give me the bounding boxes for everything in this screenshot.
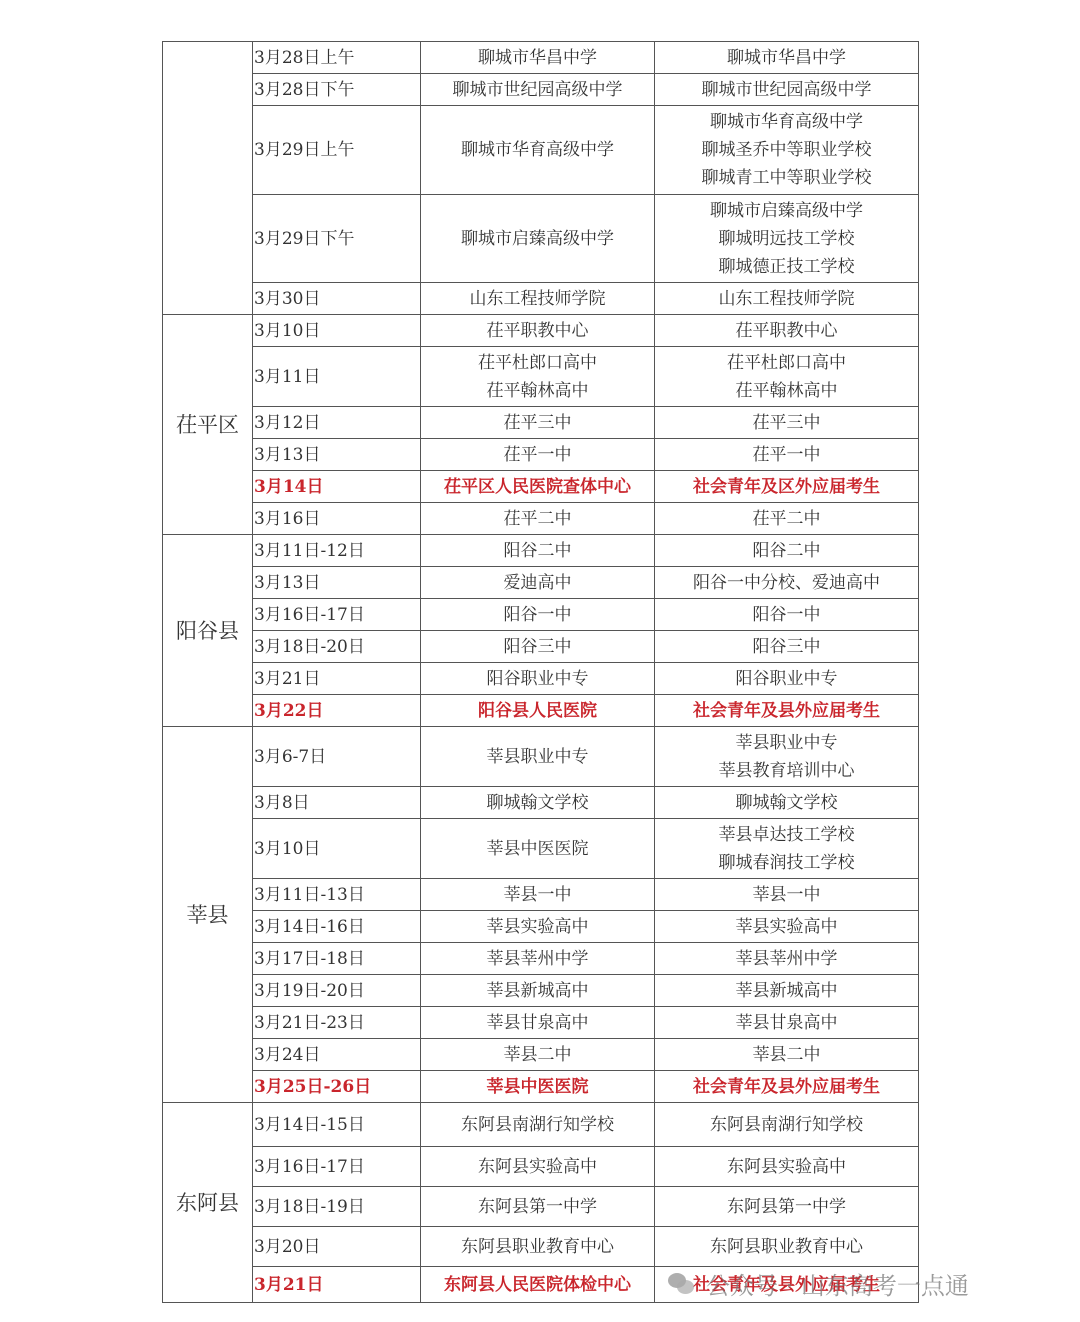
district-cell: 东阿县 bbox=[163, 1103, 253, 1303]
exam-location-cell: 阳谷三中 bbox=[421, 631, 655, 663]
exam-location-cell: 东阿县人民医院体检中心 bbox=[421, 1267, 655, 1303]
table-row: 3月25日-26日莘县中医医院社会青年及县外应届考生 bbox=[163, 1071, 919, 1103]
location-line: 茌平职教中心 bbox=[421, 317, 654, 345]
target-line: 茌平职教中心 bbox=[655, 317, 918, 345]
table-row: 3月12日茌平三中茌平三中 bbox=[163, 407, 919, 439]
target-group-cell: 东阿县第一中学 bbox=[655, 1187, 919, 1227]
target-line: 东阿县职业教育中心 bbox=[655, 1233, 918, 1261]
date-cell: 3月18日-19日 bbox=[253, 1187, 421, 1227]
table-row: 东阿县3月14日-15日东阿县南湖行知学校东阿县南湖行知学校 bbox=[163, 1103, 919, 1147]
table-row: 3月28日下午聊城市世纪园高级中学聊城市世纪园高级中学 bbox=[163, 74, 919, 106]
exam-location-cell: 莘县莘州中学 bbox=[421, 943, 655, 975]
target-group-cell: 茌平一中 bbox=[655, 439, 919, 471]
location-line: 聊城市启臻高级中学 bbox=[421, 225, 654, 253]
target-line: 阳谷一中 bbox=[655, 601, 918, 629]
exam-location-cell: 茌平杜郎口高中茌平翰林高中 bbox=[421, 347, 655, 407]
exam-location-cell: 莘县实验高中 bbox=[421, 911, 655, 943]
target-group-cell: 社会青年及县外应届考生 bbox=[655, 1071, 919, 1103]
date-cell: 3月11日-12日 bbox=[253, 535, 421, 567]
table-row: 3月13日爱迪高中阳谷一中分校、爱迪高中 bbox=[163, 567, 919, 599]
watermark-text: 公众号 · 山东高考一点通 bbox=[706, 1266, 969, 1301]
target-group-cell: 莘县职业中专莘县教育培训中心 bbox=[655, 727, 919, 787]
location-line: 莘县中医医院 bbox=[421, 835, 654, 863]
exam-location-cell: 茌平二中 bbox=[421, 503, 655, 535]
district-cell: 阳谷县 bbox=[163, 535, 253, 727]
target-group-cell: 莘县一中 bbox=[655, 879, 919, 911]
exam-location-cell: 聊城市世纪园高级中学 bbox=[421, 74, 655, 106]
target-line: 莘县一中 bbox=[655, 881, 918, 909]
date-cell: 3月14日 bbox=[253, 471, 421, 503]
target-group-cell: 茌平二中 bbox=[655, 503, 919, 535]
date-cell: 3月11日 bbox=[253, 347, 421, 407]
date-cell: 3月16日 bbox=[253, 503, 421, 535]
date-cell: 3月16日-17日 bbox=[253, 1147, 421, 1187]
location-line: 茌平一中 bbox=[421, 441, 654, 469]
date-cell: 3月24日 bbox=[253, 1039, 421, 1071]
target-group-cell: 山东工程技师学院 bbox=[655, 283, 919, 315]
target-line: 聊城市华育高级中学 bbox=[655, 108, 918, 136]
target-line: 聊城市世纪园高级中学 bbox=[655, 76, 918, 104]
target-group-cell: 莘县卓达技工学校聊城春润技工学校 bbox=[655, 819, 919, 879]
table-row: 3月11日-13日莘县一中莘县一中 bbox=[163, 879, 919, 911]
exam-location-cell: 东阿县第一中学 bbox=[421, 1187, 655, 1227]
exam-location-cell: 阳谷职业中专 bbox=[421, 663, 655, 695]
target-group-cell: 茌平职教中心 bbox=[655, 315, 919, 347]
table-row: 3月22日阳谷县人民医院社会青年及县外应届考生 bbox=[163, 695, 919, 727]
exam-location-cell: 茌平区人民医院查体中心 bbox=[421, 471, 655, 503]
target-group-cell: 聊城市启臻高级中学聊城明远技工学校聊城德正技工学校 bbox=[655, 195, 919, 283]
target-line: 东阿县第一中学 bbox=[655, 1193, 918, 1221]
exam-location-cell: 爱迪高中 bbox=[421, 567, 655, 599]
target-group-cell: 莘县甘泉高中 bbox=[655, 1007, 919, 1039]
table-row: 莘县3月6-7日莘县职业中专莘县职业中专莘县教育培训中心 bbox=[163, 727, 919, 787]
location-line: 阳谷职业中专 bbox=[421, 665, 654, 693]
target-line: 茌平二中 bbox=[655, 505, 918, 533]
location-line: 阳谷县人民医院 bbox=[421, 697, 654, 725]
table-row: 3月14日茌平区人民医院查体中心社会青年及区外应届考生 bbox=[163, 471, 919, 503]
target-line: 阳谷三中 bbox=[655, 633, 918, 661]
target-line: 聊城翰文学校 bbox=[655, 789, 918, 817]
date-cell: 3月25日-26日 bbox=[253, 1071, 421, 1103]
district-cell bbox=[163, 42, 253, 315]
table-row: 3月30日山东工程技师学院山东工程技师学院 bbox=[163, 283, 919, 315]
exam-location-cell: 聊城市华育高级中学 bbox=[421, 106, 655, 195]
target-line: 聊城圣乔中等职业学校 bbox=[655, 136, 918, 164]
exam-location-cell: 东阿县实验高中 bbox=[421, 1147, 655, 1187]
target-line: 聊城德正技工学校 bbox=[655, 253, 918, 281]
target-line: 莘县新城高中 bbox=[655, 977, 918, 1005]
location-line: 莘县甘泉高中 bbox=[421, 1009, 654, 1037]
exam-location-cell: 山东工程技师学院 bbox=[421, 283, 655, 315]
target-group-cell: 茌平杜郎口高中茌平翰林高中 bbox=[655, 347, 919, 407]
target-line: 社会青年及区外应届考生 bbox=[655, 473, 918, 501]
exam-location-cell: 聊城翰文学校 bbox=[421, 787, 655, 819]
location-line: 莘县莘州中学 bbox=[421, 945, 654, 973]
location-line: 阳谷一中 bbox=[421, 601, 654, 629]
date-cell: 3月10日 bbox=[253, 819, 421, 879]
date-cell: 3月13日 bbox=[253, 567, 421, 599]
target-line: 社会青年及县外应届考生 bbox=[655, 1073, 918, 1101]
target-group-cell: 阳谷职业中专 bbox=[655, 663, 919, 695]
date-cell: 3月6-7日 bbox=[253, 727, 421, 787]
location-line: 阳谷二中 bbox=[421, 537, 654, 565]
date-cell: 3月22日 bbox=[253, 695, 421, 727]
location-line: 莘县二中 bbox=[421, 1041, 654, 1069]
target-group-cell: 聊城市华育高级中学聊城圣乔中等职业学校聊城青工中等职业学校 bbox=[655, 106, 919, 195]
target-line: 莘县职业中专 bbox=[655, 729, 918, 757]
target-line: 莘县实验高中 bbox=[655, 913, 918, 941]
date-cell: 3月10日 bbox=[253, 315, 421, 347]
exam-location-cell: 东阿县职业教育中心 bbox=[421, 1227, 655, 1267]
exam-location-cell: 聊城市华昌中学 bbox=[421, 42, 655, 74]
target-group-cell: 莘县新城高中 bbox=[655, 975, 919, 1007]
target-group-cell: 阳谷三中 bbox=[655, 631, 919, 663]
table-row: 3月20日东阿县职业教育中心东阿县职业教育中心 bbox=[163, 1227, 919, 1267]
target-group-cell: 莘县二中 bbox=[655, 1039, 919, 1071]
table-row: 3月8日聊城翰文学校聊城翰文学校 bbox=[163, 787, 919, 819]
table-row: 3月29日上午聊城市华育高级中学聊城市华育高级中学聊城圣乔中等职业学校聊城青工中… bbox=[163, 106, 919, 195]
schedule-body: 3月28日上午聊城市华昌中学聊城市华昌中学3月28日下午聊城市世纪园高级中学聊城… bbox=[163, 42, 919, 1303]
location-line: 莘县实验高中 bbox=[421, 913, 654, 941]
target-line: 社会青年及县外应届考生 bbox=[655, 697, 918, 725]
watermark: 公众号 · 山东高考一点通 bbox=[668, 1266, 969, 1301]
location-line: 阳谷三中 bbox=[421, 633, 654, 661]
target-group-cell: 东阿县实验高中 bbox=[655, 1147, 919, 1187]
table-row: 3月13日茌平一中茌平一中 bbox=[163, 439, 919, 471]
date-cell: 3月16日-17日 bbox=[253, 599, 421, 631]
table-row: 3月21日-23日莘县甘泉高中莘县甘泉高中 bbox=[163, 1007, 919, 1039]
exam-location-cell: 聊城市启臻高级中学 bbox=[421, 195, 655, 283]
target-line: 聊城春润技工学校 bbox=[655, 849, 918, 877]
target-group-cell: 社会青年及县外应届考生 bbox=[655, 695, 919, 727]
location-line: 聊城市华育高级中学 bbox=[421, 136, 654, 164]
target-line: 莘县二中 bbox=[655, 1041, 918, 1069]
target-group-cell: 聊城市华昌中学 bbox=[655, 42, 919, 74]
target-line: 聊城市华昌中学 bbox=[655, 44, 918, 72]
date-cell: 3月28日下午 bbox=[253, 74, 421, 106]
location-line: 聊城翰文学校 bbox=[421, 789, 654, 817]
table-row: 阳谷县3月11日-12日阳谷二中阳谷二中 bbox=[163, 535, 919, 567]
date-cell: 3月28日上午 bbox=[253, 42, 421, 74]
exam-location-cell: 阳谷二中 bbox=[421, 535, 655, 567]
location-line: 茌平二中 bbox=[421, 505, 654, 533]
location-line: 爱迪高中 bbox=[421, 569, 654, 597]
location-line: 莘县新城高中 bbox=[421, 977, 654, 1005]
date-cell: 3月20日 bbox=[253, 1227, 421, 1267]
location-line: 东阿县第一中学 bbox=[421, 1193, 654, 1221]
exam-location-cell: 茌平三中 bbox=[421, 407, 655, 439]
table-row: 3月17日-18日莘县莘州中学莘县莘州中学 bbox=[163, 943, 919, 975]
exam-location-cell: 茌平一中 bbox=[421, 439, 655, 471]
location-line: 茌平杜郎口高中 bbox=[421, 349, 654, 377]
exam-location-cell: 莘县一中 bbox=[421, 879, 655, 911]
target-line: 阳谷职业中专 bbox=[655, 665, 918, 693]
target-group-cell: 聊城翰文学校 bbox=[655, 787, 919, 819]
target-line: 东阿县南湖行知学校 bbox=[655, 1111, 918, 1139]
target-group-cell: 阳谷一中 bbox=[655, 599, 919, 631]
target-line: 莘县莘州中学 bbox=[655, 945, 918, 973]
exam-location-cell: 莘县二中 bbox=[421, 1039, 655, 1071]
date-cell: 3月18日-20日 bbox=[253, 631, 421, 663]
wechat-icon bbox=[668, 1273, 696, 1295]
target-line: 莘县教育培训中心 bbox=[655, 757, 918, 785]
target-group-cell: 聊城市世纪园高级中学 bbox=[655, 74, 919, 106]
target-group-cell: 东阿县南湖行知学校 bbox=[655, 1103, 919, 1147]
location-line: 东阿县人民医院体检中心 bbox=[421, 1271, 654, 1299]
date-cell: 3月12日 bbox=[253, 407, 421, 439]
table-row: 3月19日-20日莘县新城高中莘县新城高中 bbox=[163, 975, 919, 1007]
date-cell: 3月21日 bbox=[253, 1267, 421, 1303]
target-line: 莘县甘泉高中 bbox=[655, 1009, 918, 1037]
date-cell: 3月30日 bbox=[253, 283, 421, 315]
exam-location-cell: 阳谷一中 bbox=[421, 599, 655, 631]
location-line: 茌平区人民医院查体中心 bbox=[421, 473, 654, 501]
target-line: 聊城市启臻高级中学 bbox=[655, 197, 918, 225]
target-group-cell: 东阿县职业教育中心 bbox=[655, 1227, 919, 1267]
table-row: 3月18日-19日东阿县第一中学东阿县第一中学 bbox=[163, 1187, 919, 1227]
date-cell: 3月17日-18日 bbox=[253, 943, 421, 975]
exam-location-cell: 莘县甘泉高中 bbox=[421, 1007, 655, 1039]
exam-location-cell: 莘县新城高中 bbox=[421, 975, 655, 1007]
target-group-cell: 社会青年及区外应届考生 bbox=[655, 471, 919, 503]
target-line: 茌平翰林高中 bbox=[655, 377, 918, 405]
target-group-cell: 莘县实验高中 bbox=[655, 911, 919, 943]
table-row: 3月16日-17日阳谷一中阳谷一中 bbox=[163, 599, 919, 631]
location-line: 莘县一中 bbox=[421, 881, 654, 909]
target-group-cell: 阳谷一中分校、爱迪高中 bbox=[655, 567, 919, 599]
target-line: 阳谷二中 bbox=[655, 537, 918, 565]
table-row: 3月24日莘县二中莘县二中 bbox=[163, 1039, 919, 1071]
location-line: 东阿县实验高中 bbox=[421, 1153, 654, 1181]
exam-location-cell: 东阿县南湖行知学校 bbox=[421, 1103, 655, 1147]
location-line: 莘县职业中专 bbox=[421, 743, 654, 771]
target-line: 茌平杜郎口高中 bbox=[655, 349, 918, 377]
target-line: 东阿县实验高中 bbox=[655, 1153, 918, 1181]
location-line: 山东工程技师学院 bbox=[421, 285, 654, 313]
date-cell: 3月14日-15日 bbox=[253, 1103, 421, 1147]
target-line: 阳谷一中分校、爱迪高中 bbox=[655, 569, 918, 597]
district-cell: 莘县 bbox=[163, 727, 253, 1103]
exam-location-cell: 茌平职教中心 bbox=[421, 315, 655, 347]
table-row: 3月16日-17日东阿县实验高中东阿县实验高中 bbox=[163, 1147, 919, 1187]
location-line: 茌平翰林高中 bbox=[421, 377, 654, 405]
location-line: 东阿县职业教育中心 bbox=[421, 1233, 654, 1261]
table-row: 3月14日-16日莘县实验高中莘县实验高中 bbox=[163, 911, 919, 943]
table-row: 3月29日下午聊城市启臻高级中学聊城市启臻高级中学聊城明远技工学校聊城德正技工学… bbox=[163, 195, 919, 283]
date-cell: 3月14日-16日 bbox=[253, 911, 421, 943]
location-line: 聊城市华昌中学 bbox=[421, 44, 654, 72]
table-row: 3月21日阳谷职业中专阳谷职业中专 bbox=[163, 663, 919, 695]
table-row: 3月11日茌平杜郎口高中茌平翰林高中茌平杜郎口高中茌平翰林高中 bbox=[163, 347, 919, 407]
date-cell: 3月11日-13日 bbox=[253, 879, 421, 911]
date-cell: 3月21日 bbox=[253, 663, 421, 695]
location-line: 东阿县南湖行知学校 bbox=[421, 1111, 654, 1139]
target-line: 茌平三中 bbox=[655, 409, 918, 437]
target-group-cell: 茌平三中 bbox=[655, 407, 919, 439]
exam-location-cell: 莘县职业中专 bbox=[421, 727, 655, 787]
target-line: 聊城明远技工学校 bbox=[655, 225, 918, 253]
target-group-cell: 莘县莘州中学 bbox=[655, 943, 919, 975]
date-cell: 3月29日下午 bbox=[253, 195, 421, 283]
target-group-cell: 阳谷二中 bbox=[655, 535, 919, 567]
date-cell: 3月13日 bbox=[253, 439, 421, 471]
table-row: 茌平区3月10日茌平职教中心茌平职教中心 bbox=[163, 315, 919, 347]
date-cell: 3月29日上午 bbox=[253, 106, 421, 195]
target-line: 茌平一中 bbox=[655, 441, 918, 469]
date-cell: 3月21日-23日 bbox=[253, 1007, 421, 1039]
exam-schedule-table: 3月28日上午聊城市华昌中学聊城市华昌中学3月28日下午聊城市世纪园高级中学聊城… bbox=[162, 41, 919, 1303]
date-cell: 3月8日 bbox=[253, 787, 421, 819]
exam-location-cell: 莘县中医医院 bbox=[421, 819, 655, 879]
location-line: 聊城市世纪园高级中学 bbox=[421, 76, 654, 104]
location-line: 茌平三中 bbox=[421, 409, 654, 437]
location-line: 莘县中医医院 bbox=[421, 1073, 654, 1101]
exam-location-cell: 阳谷县人民医院 bbox=[421, 695, 655, 727]
table-row: 3月28日上午聊城市华昌中学聊城市华昌中学 bbox=[163, 42, 919, 74]
table-row: 3月10日莘县中医医院莘县卓达技工学校聊城春润技工学校 bbox=[163, 819, 919, 879]
table-row: 3月16日茌平二中茌平二中 bbox=[163, 503, 919, 535]
target-line: 山东工程技师学院 bbox=[655, 285, 918, 313]
exam-location-cell: 莘县中医医院 bbox=[421, 1071, 655, 1103]
target-line: 莘县卓达技工学校 bbox=[655, 821, 918, 849]
district-cell: 茌平区 bbox=[163, 315, 253, 535]
target-line: 聊城青工中等职业学校 bbox=[655, 164, 918, 192]
table-row: 3月18日-20日阳谷三中阳谷三中 bbox=[163, 631, 919, 663]
date-cell: 3月19日-20日 bbox=[253, 975, 421, 1007]
